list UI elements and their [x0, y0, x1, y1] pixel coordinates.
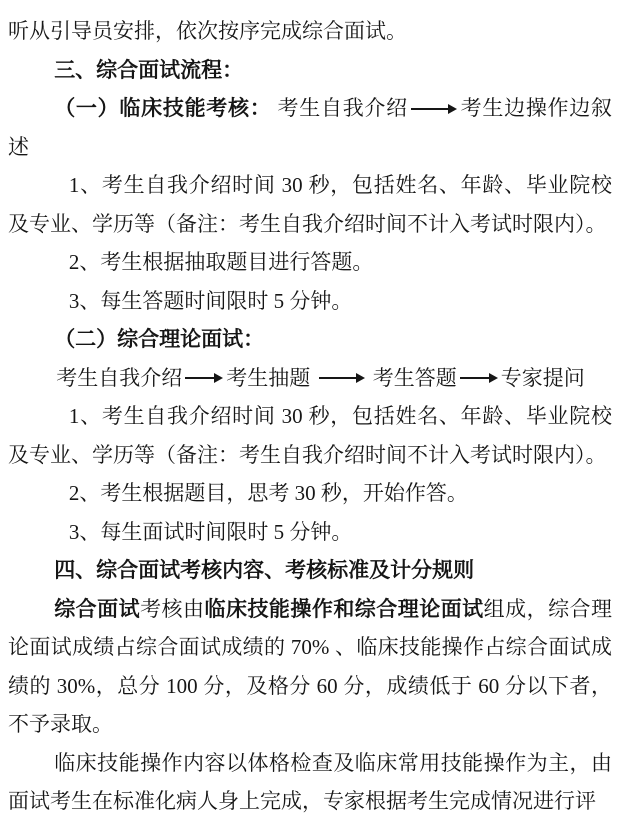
flow-arrow-icon [460, 372, 498, 384]
flow-arrow-icon [411, 103, 457, 115]
bold-text-run: （二）综合理论面试： [54, 327, 264, 351]
clinical-item-3: 3、每生答题时间限时 5 分钟。 [8, 282, 612, 321]
clinical-skill-content-paragraph: 临床技能操作内容以体格检查及临床常用技能操作为主，由面试考生在标准化病人身上完成… [8, 744, 612, 821]
text-run: 3、每生面试时间限时 5 分钟。 [69, 520, 353, 544]
theory-interview-flow-line: 考生自我介绍考生抽题 考生答题专家提问 [8, 359, 612, 398]
theory-item-3: 3、每生面试时间限时 5 分钟。 [8, 513, 612, 552]
intro-line: 听从引导员安排，依次按序完成综合面试。 [8, 12, 612, 51]
text-run: 考生抽题 [226, 366, 315, 390]
scoring-rules-paragraph: 综合面试考核由临床技能操作和综合理论面试组成，综合理论面试成绩占综合面试成绩的 … [8, 590, 612, 744]
section-3-heading: 三、综合面试流程： [8, 51, 612, 90]
clinical-item-1: 1、考生自我介绍时间 30 秒，包括姓名、年龄、毕业院校及专业、学历等（备注：考… [8, 166, 612, 243]
bold-text-run: （一）临床技能考核： [54, 96, 277, 120]
text-run: 1、考生自我介绍时间 30 秒，包括姓名、年龄、毕业院校及专业、学历等（备注：考… [8, 404, 612, 467]
text-run: 1、考生自我介绍时间 30 秒，包括姓名、年龄、毕业院校及专业、学历等（备注：考… [8, 173, 612, 236]
text-run: 听从引导员安排，依次按序完成综合面试。 [8, 19, 407, 43]
theory-item-1: 1、考生自我介绍时间 30 秒，包括姓名、年龄、毕业院校及专业、学历等（备注：考… [8, 397, 612, 474]
bold-text-run: 综合面试 [54, 597, 140, 621]
text-run: 考生答题 [368, 366, 457, 390]
bold-text-run: 四、综合面试考核内容、考核标准及计分规则 [54, 558, 474, 582]
section-4-heading: 四、综合面试考核内容、考核标准及计分规则 [8, 551, 612, 590]
text-run: 临床技能操作内容以体格检查及临床常用技能操作为主，由面试考生在标准化病人身上完成… [8, 751, 612, 814]
theory-item-2: 2、考生根据题目，思考 30 秒，开始作答。 [8, 474, 612, 513]
document-page: 听从引导员安排，依次按序完成综合面试。三、综合面试流程：（一）临床技能考核： 考… [0, 0, 622, 824]
theory-interview-heading: （二）综合理论面试： [8, 320, 612, 359]
text-run: 2、考生根据抽取题目进行答题。 [69, 250, 374, 274]
text-run: 2、考生根据题目，思考 30 秒，开始作答。 [69, 481, 468, 505]
text-run: 考生自我介绍 [56, 366, 182, 390]
bold-text-run: 三、综合面试流程： [54, 58, 243, 82]
flow-arrow-icon [319, 372, 365, 384]
bold-text-run: 临床技能操作和综合理论面试 [205, 597, 484, 621]
clinical-item-2: 2、考生根据抽取题目进行答题。 [8, 243, 612, 282]
text-run: 考生自我介绍 [278, 96, 408, 120]
clinical-skill-flow-line: （一）临床技能考核： 考生自我介绍考生边操作边叙述 [8, 89, 612, 166]
text-run: 3、每生答题时间限时 5 分钟。 [69, 289, 353, 313]
flow-arrow-icon [185, 372, 223, 384]
text-run: 考核由 [140, 597, 204, 621]
text-run: 专家提问 [501, 366, 585, 390]
